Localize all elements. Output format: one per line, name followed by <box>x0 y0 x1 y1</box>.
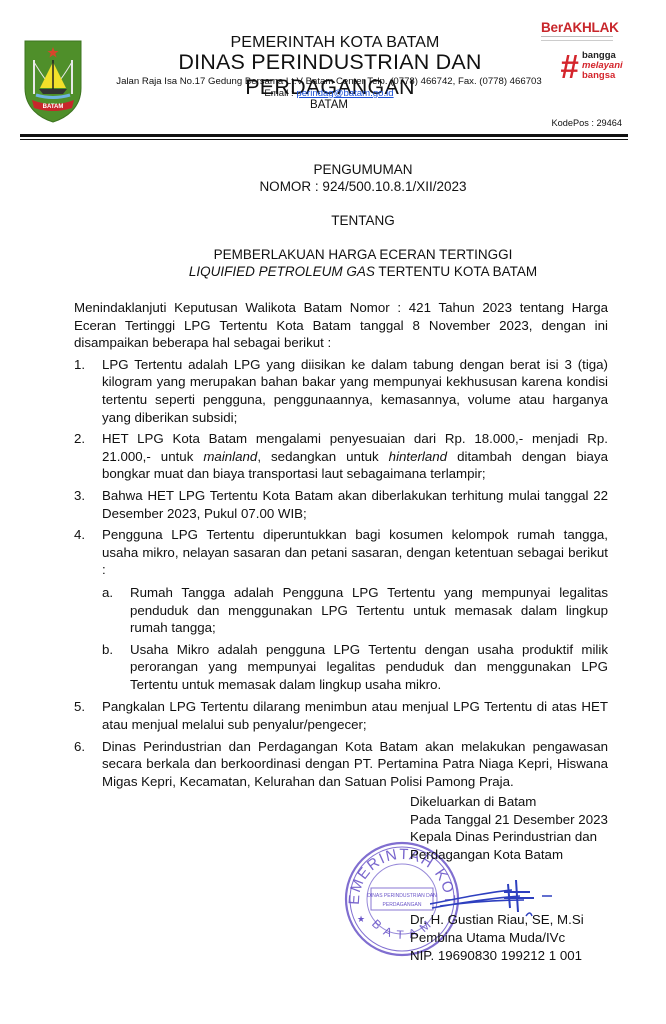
postal-code: KodePos : 29464 <box>552 118 623 128</box>
provisions-list: 1. LPG Tertentu adalah LPG yang diisikan… <box>74 356 608 791</box>
list-item: 6. Dinas Perindustrian dan Perdagangan K… <box>74 738 608 791</box>
email-link[interactable]: perindag@batam.go.id <box>296 88 393 99</box>
svg-text:★: ★ <box>357 914 365 924</box>
signer-rank: Pembina Utama Muda/IVc <box>410 929 608 947</box>
issued-date: Pada Tanggal 21 Desember 2023 <box>410 811 608 829</box>
berakhlak-badge: BerAKHLAK <box>541 20 619 41</box>
svg-text:BATAM: BATAM <box>43 104 64 110</box>
office-address: Jalan Raja Isa No.17 Gedung Bersama Lt.V… <box>96 76 562 87</box>
document-number: NOMOR : 924/500.10.8.1/XII/2023 <box>30 179 666 194</box>
sub-list-item: b. Usaha Mikro adalah pengguna LPG Terte… <box>102 641 608 694</box>
subject-rest: TERTENTU KOTA BATAM <box>375 264 537 279</box>
signer-position-line-1: Kepala Dinas Perindustrian dan <box>410 828 608 846</box>
document-about: TENTANG <box>30 213 666 228</box>
list-item: 1. LPG Tertentu adalah LPG yang diisikan… <box>74 356 608 426</box>
office-email: Email : perindag@batam.go.id <box>96 88 562 99</box>
document-type: PENGUMUMAN <box>30 162 666 177</box>
issued-place: Dikeluarkan di Batam <box>410 793 608 811</box>
bangga-line-3: bangsa <box>582 71 623 81</box>
user-categories-list: a. Rumah Tangga adalah Pengguna LPG Tert… <box>102 584 608 694</box>
announcement-body: Menindaklanjuti Keputusan Walikota Batam… <box>74 299 608 794</box>
list-item: 4. Pengguna LPG Tertentu diperuntukkan b… <box>74 526 608 693</box>
email-label: Email : <box>264 88 296 99</box>
subject-line-1: PEMBERLAKUAN HARGA ECERAN TERTINGGI <box>30 247 666 262</box>
office-city: BATAM <box>96 99 562 111</box>
sub-list-item: a. Rumah Tangga adalah Pengguna LPG Tert… <box>102 584 608 637</box>
hashtag-icon: # <box>560 50 578 84</box>
letterhead-divider-thin <box>20 139 628 140</box>
list-item: 2. HET LPG Kota Batam mengalami penyesua… <box>74 430 608 483</box>
subject-italic: LIQUIFIED PETROLEUM GAS <box>189 264 375 279</box>
berakhlak-wordmark: BerAKHLAK <box>541 20 619 35</box>
signer-nip: NIP. 19690830 199212 1 001 <box>410 947 608 965</box>
list-item: 5. Pangkalan LPG Tertentu dilarang menim… <box>74 698 608 733</box>
handwritten-signature <box>430 878 580 918</box>
subject-line-2: LIQUIFIED PETROLEUM GAS TERTENTU KOTA BA… <box>30 264 666 279</box>
letterhead-divider-thick <box>20 134 628 137</box>
intro-paragraph: Menindaklanjuti Keputusan Walikota Batam… <box>74 299 608 352</box>
signer-position-line-2: Perdagangan Kota Batam <box>410 846 608 864</box>
bangga-melayani-bangsa-badge: # bangga melayani bangsa <box>560 50 630 86</box>
list-item: 3. Bahwa HET LPG Tertentu Kota Batam aka… <box>74 487 608 522</box>
berakhlak-tagline <box>541 36 613 41</box>
